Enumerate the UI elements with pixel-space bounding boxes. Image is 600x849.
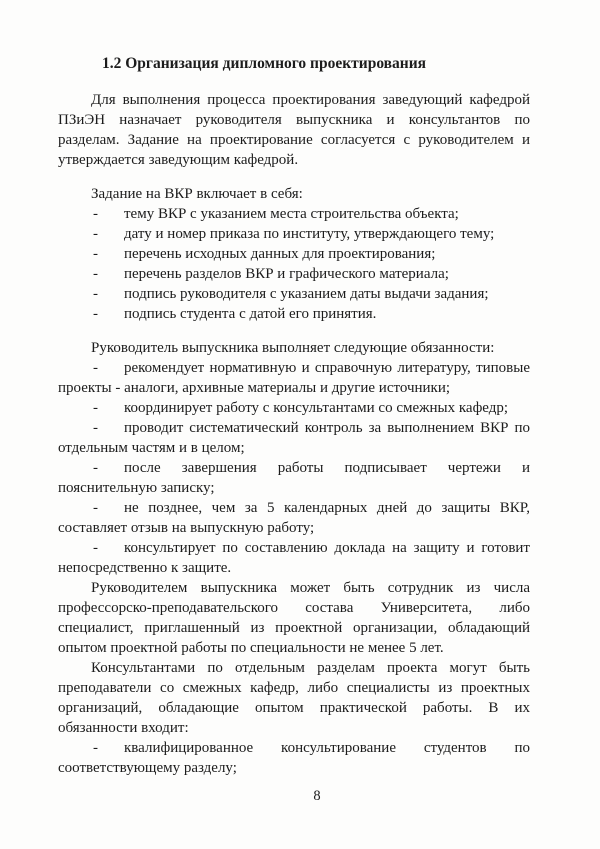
paragraph-consultants: Консультантами по отдельным разделам про… — [58, 658, 530, 738]
list-item-text: подпись студента с датой его принятия. — [124, 306, 376, 322]
list-marker: - — [93, 306, 124, 322]
list-item-text: рекомендует нормативную и справочную лит… — [58, 360, 530, 396]
list-marker: - — [93, 226, 124, 242]
list-marker: - — [93, 540, 124, 556]
list-item: -рекомендует нормативную и справочную ли… — [58, 358, 530, 398]
list-item: -перечень разделов ВКР и графического ма… — [58, 264, 530, 284]
list-item: -тему ВКР с указанием места строительств… — [58, 204, 530, 224]
list-item-text: подпись руководителя с указанием даты вы… — [124, 286, 489, 302]
list-item-text: после завершения работы подписывает черт… — [58, 460, 530, 496]
list-item-text: квалифицированное консультирование студе… — [58, 740, 530, 776]
list-marker: - — [93, 246, 124, 262]
list-marker: - — [93, 460, 124, 476]
list-item-text: консультирует по составлению доклада на … — [58, 540, 530, 576]
list-marker: - — [93, 206, 124, 222]
section-heading: 1.2 Организация дипломного проектировани… — [58, 54, 530, 74]
list-item: -проводит систематический контроль за вы… — [58, 418, 530, 458]
list-item: -не позднее, чем за 5 календарных дней д… — [58, 498, 530, 538]
paragraph-supervisor: Руководителем выпускника может быть сотр… — [58, 578, 530, 658]
list-marker: - — [93, 500, 124, 516]
list-item: -перечень исходных данных для проектиров… — [58, 244, 530, 264]
list-marker: - — [93, 266, 124, 282]
list-item-text: перечень исходных данных для проектирова… — [124, 246, 435, 262]
list-item: -дату и номер приказа по институту, утве… — [58, 224, 530, 244]
list-marker: - — [93, 420, 124, 436]
list-item-text: проводит систематический контроль за вып… — [58, 420, 530, 456]
list-item-text: дату и номер приказа по институту, утвер… — [124, 226, 494, 242]
list-marker: - — [93, 286, 124, 302]
list-item-text: перечень разделов ВКР и графического мат… — [124, 266, 449, 282]
list-marker: - — [93, 740, 124, 756]
list-item: -подпись руководителя с указанием даты в… — [58, 284, 530, 304]
list-marker: - — [93, 360, 124, 376]
list-item: -после завершения работы подписывает чер… — [58, 458, 530, 498]
document-page: 1.2 Организация дипломного проектировани… — [0, 0, 600, 849]
list-item-text: координирует работу с консультантами со … — [124, 400, 508, 416]
list-item: -координирует работу с консультантами со… — [58, 398, 530, 418]
list-item-text: тему ВКР с указанием места строительства… — [124, 206, 459, 222]
list-marker: - — [93, 400, 124, 416]
paragraph-task-intro: Задание на ВКР включает в себя: — [58, 184, 530, 204]
paragraph-duties-intro: Руководитель выпускника выполняет следую… — [58, 338, 530, 358]
list-item: -квалифицированное консультирование студ… — [58, 738, 530, 778]
list-item-text: не позднее, чем за 5 календарных дней до… — [58, 500, 530, 536]
list-item: -консультирует по составлению доклада на… — [58, 538, 530, 578]
paragraph-intro: Для выполнения процесса проектирования з… — [58, 90, 530, 170]
page-number: 8 — [0, 786, 600, 806]
list-item: -подпись студента с датой его принятия. — [58, 304, 530, 324]
